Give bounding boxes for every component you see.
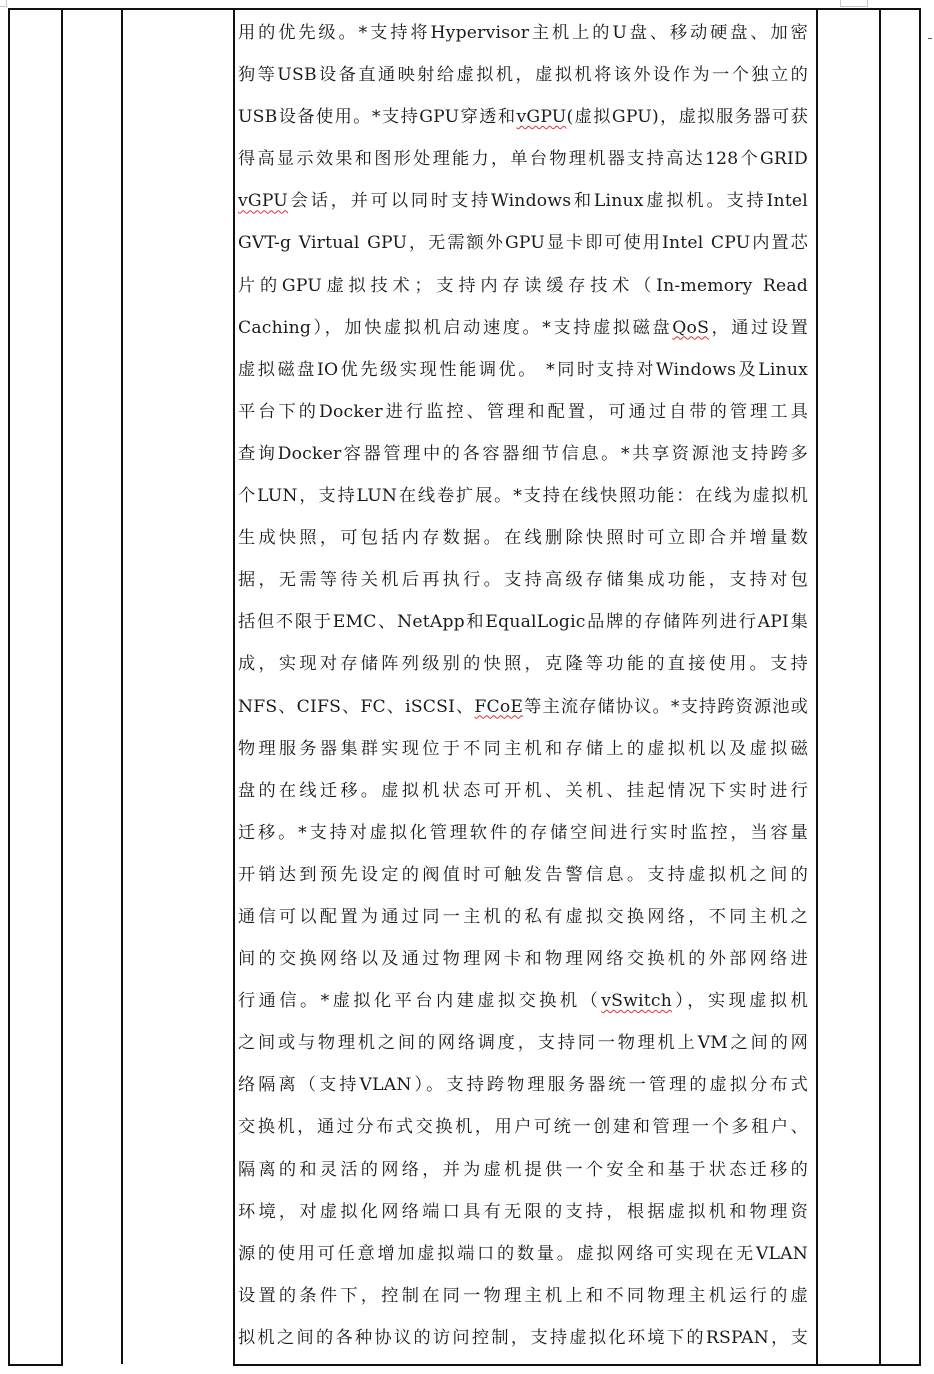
spec-line: 狗等USB设备直通映射给虚拟机，虚拟机将该外设作为一个独立的 [238, 54, 808, 96]
spellcheck-flag: QoS [672, 318, 709, 338]
spec-line: 设置的条件下，控制在同一物理主机上和不同物理主机运行的虚 [238, 1275, 808, 1317]
spec-line: 生成快照，可包括内存数据。在线删除快照时可立即合并增量数 [238, 517, 808, 559]
spec-line: 得高显示效果和图形处理能力，单台物理机器支持高达128个GRID [238, 138, 808, 180]
spec-line: 交换机，通过分布式交换机，用户可统一创建和管理一个多租户、 [238, 1106, 808, 1148]
col-border-6 [879, 8, 881, 1366]
col-border-2 [61, 8, 63, 1366]
spellcheck-flag: vGPU [238, 191, 288, 211]
spec-line: 括但不限于EMC、NetApp和EqualLogic品牌的存储阵列进行API集 [238, 601, 808, 643]
spec-bottom-border [233, 1364, 921, 1366]
spec-line: 环境，对虚拟化网络端口具有无限的支持，根据虚拟机和物理资 [238, 1191, 808, 1233]
spec-line: 开销达到预先设定的阀值时可触发告警信息。支持虚拟机之间的 [238, 854, 808, 896]
spellcheck-flag: FCoE [474, 697, 523, 717]
spec-line: 个LUN，支持LUN在线卷扩展。*支持在线快照功能：在线为虚拟机 [238, 475, 808, 517]
spec-line: 虚拟磁盘IO优先级实现性能调优。 *同时支持对Windows及Linux [238, 349, 808, 391]
spec-line: NFS、CIFS、FC、iSCSI、FCoE等主流存储协议。*支持跨资源池或 [238, 686, 808, 728]
spec-line: 成，实现对存储阵列级别的快照，克隆等功能的直接使用。支持 [238, 643, 808, 685]
col-border-5 [816, 8, 818, 1366]
margin-mark [928, 38, 932, 39]
spellcheck-flag: vGPU [516, 107, 566, 127]
col-border-1 [8, 8, 10, 1366]
spec-line: 间的交换网络以及通过物理网卡和物理网络交换机的外部网络进 [238, 938, 808, 980]
spec-line: 物理服务器集群实现位于不同主机和存储上的虚拟机以及虚拟磁 [238, 728, 808, 770]
spec-line: 据，无需等待关机后再执行。支持高级存储集成功能，支持对包 [238, 559, 808, 601]
spec-line: 盘的在线迁移。虚拟机状态可开机、关机、挂起情况下实时进行 [238, 770, 808, 812]
spec-line: 源的使用可任意增加虚拟端口的数量。虚拟网络可实现在无VLAN [238, 1233, 808, 1275]
table-top-border [8, 8, 921, 10]
col-border-3 [121, 8, 123, 1364]
col-border-7 [919, 8, 921, 1366]
spec-line: 查询Docker容器管理中的各容器细节信息。*共享资源池支持跨多 [238, 433, 808, 475]
spec-line: 平台下的Docker进行监控、管理和配置，可通过自带的管理工具 [238, 391, 808, 433]
page-corner-mark [0, 0, 7, 7]
col-border-4 [233, 8, 235, 1366]
spec-line: Caching），加快虚拟机启动速度。*支持虚拟磁盘QoS，通过设置 [238, 307, 808, 349]
col1-bottom-border [8, 1364, 63, 1366]
spec-line: vGPU会话，并可以同时支持Windows和Linux虚拟机。支持Intel [238, 180, 808, 222]
spec-line: 拟机之间的各种协议的访问控制，支持虚拟化环境下的RSPAN，支 [238, 1317, 808, 1359]
spec-line: 迁移。*支持对虚拟化管理软件的存储空间进行实时监控，当容量 [238, 812, 808, 854]
spec-line: 片的GPU虚拟技术；支持内存读缓存技术（In-memory Read [238, 265, 808, 307]
spec-line: GVT-g Virtual GPU，无需额外GPU显卡即可使用Intel CPU… [238, 222, 808, 264]
spec-line: 之间或与物理机之间的网络调度，支持同一物理机上VM之间的网 [238, 1022, 808, 1064]
spec-line: 络隔离（支持VLAN）。支持跨物理服务器统一管理的虚拟分布式 [238, 1064, 808, 1106]
spec-line: USB设备使用。*支持GPU穿透和vGPU(虚拟GPU)，虚拟服务器可获 [238, 96, 808, 138]
page-corner-mark [840, 0, 868, 7]
spellcheck-flag: vSwitch [601, 991, 672, 1011]
spec-line: 行通信。*虚拟化平台内建虚拟交换机（vSwitch），实现虚拟机 [238, 980, 808, 1022]
spec-description-cell: 用的优先级。*支持将Hypervisor主机上的U盘、移动硬盘、加密 狗等USB… [238, 12, 808, 1359]
spec-line: 隔离的和灵活的网络，并为虚机提供一个安全和基于状态迁移的 [238, 1149, 808, 1191]
spec-line: 通信可以配置为通过同一主机的私有虚拟交换网络，不同主机之 [238, 896, 808, 938]
spec-line: 用的优先级。*支持将Hypervisor主机上的U盘、移动硬盘、加密 [238, 12, 808, 54]
